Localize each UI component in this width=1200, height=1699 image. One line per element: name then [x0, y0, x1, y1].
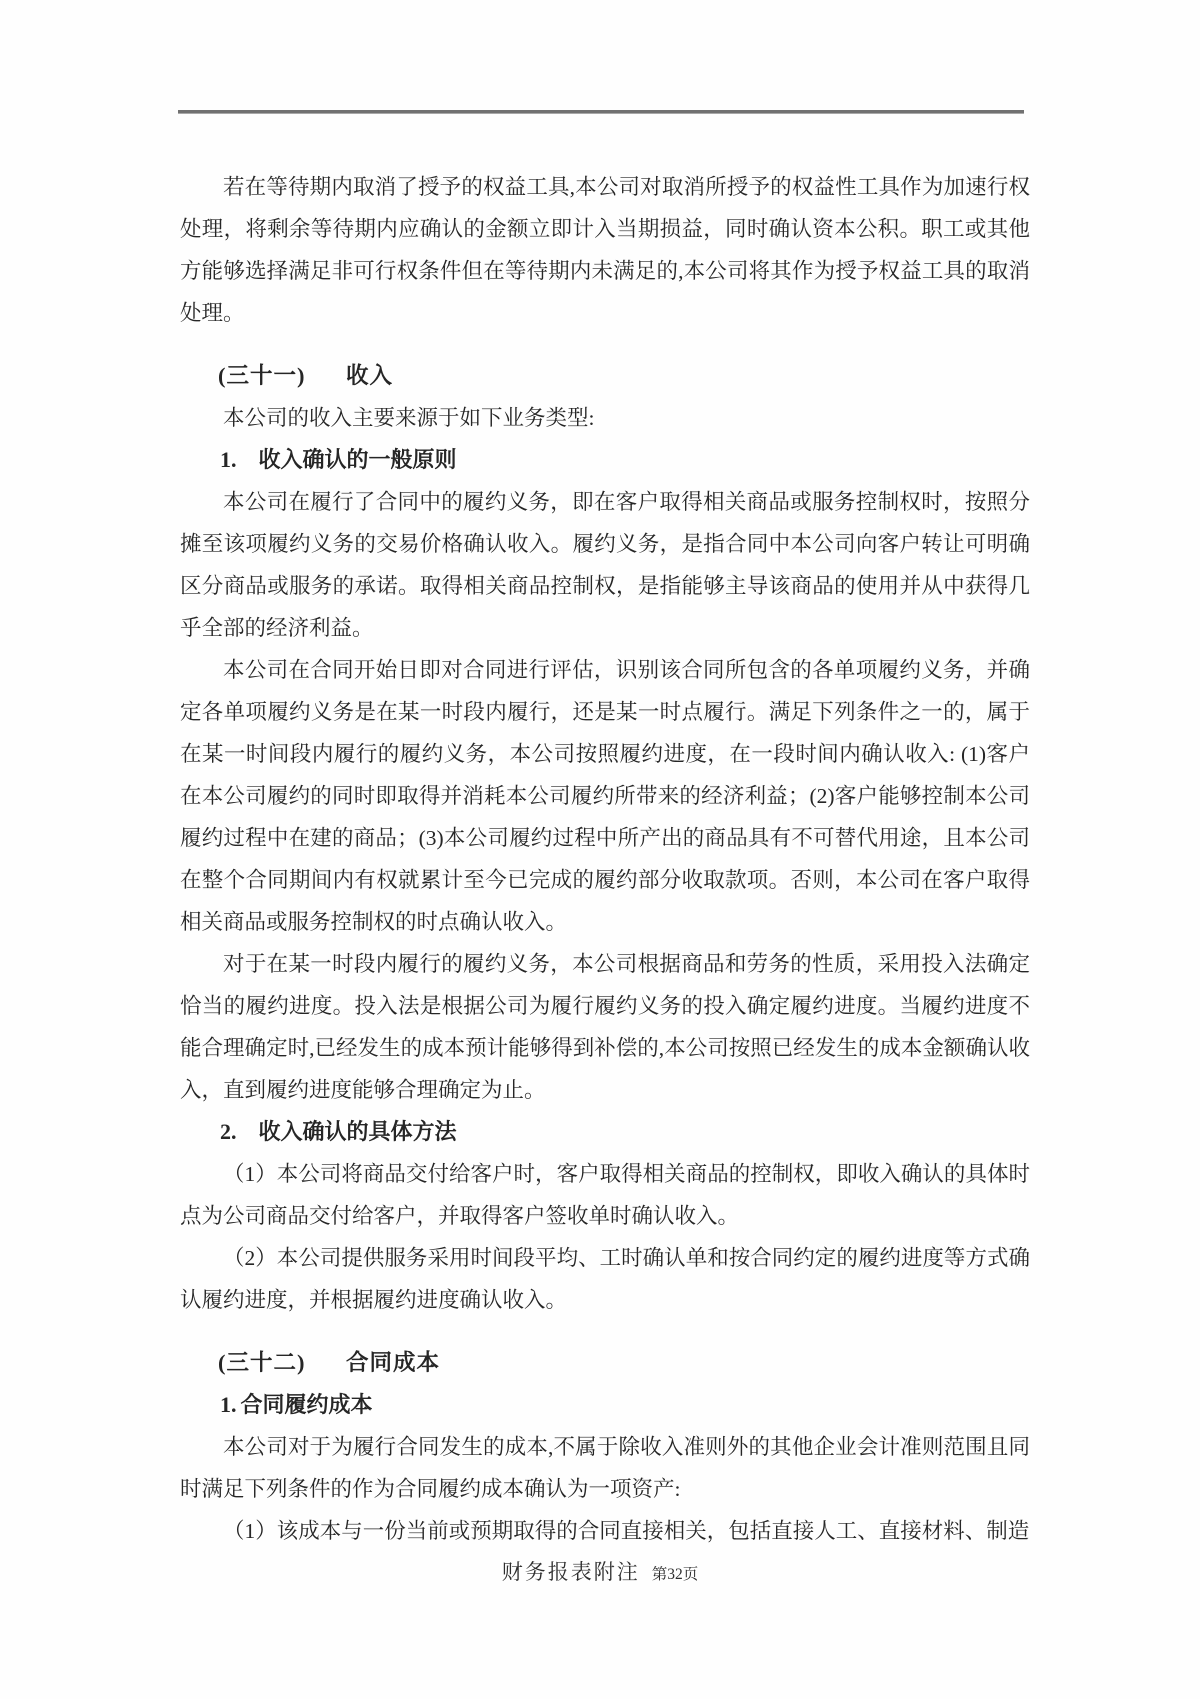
subheading-1-title: 收入确认的一般原则: [259, 447, 457, 472]
subheading-2-number: 2.: [220, 1119, 237, 1144]
section-32-number: (三十二): [218, 1350, 306, 1375]
footer-title: 财务报表附注: [502, 1560, 640, 1584]
subheading-revenue-general-principle: 1.收入确认的一般原则: [180, 439, 1030, 481]
subheading-2-title: 收入确认的具体方法: [259, 1119, 457, 1144]
paragraph-cost-directly-related: （1）该成本与一份当前或预期取得的合同直接相关，包括直接人工、直接材料、制造: [180, 1510, 1030, 1552]
subheading-contract-performance-cost: 1.合同履约成本: [180, 1384, 1030, 1426]
section-heading-32-contract-cost: (三十二)合同成本: [180, 1342, 1030, 1384]
section-31-number: (三十一): [218, 363, 306, 388]
paragraph-goods-delivery-recognition: （1）本公司将商品交付给客户时，客户取得相关商品的控制权，即收入确认的具体时点为…: [180, 1153, 1030, 1237]
paragraph-service-progress-recognition: （2）本公司提供服务采用时间段平均、工时确认单和按合同约定的履约进度等方式确认履…: [180, 1237, 1030, 1321]
section-31-title: 收入: [346, 363, 393, 388]
section-32-title: 合同成本: [346, 1350, 440, 1375]
subheading-cost-title: 合同履约成本: [240, 1392, 372, 1417]
header-rule: [178, 110, 1024, 114]
page-footer: 财务报表附注第32页: [0, 1556, 1200, 1586]
section-heading-31-revenue: (三十一)收入: [180, 355, 1030, 397]
footer-page-number: 第32页: [652, 1566, 699, 1583]
paragraph-performance-obligation: 本公司在履行了合同中的履约义务，即在客户取得相关商品或服务控制权时，按照分摊至该…: [180, 481, 1030, 649]
document-page: 若在等待期内取消了授予的权益工具,本公司对取消所授予的权益性工具作为加速行权处理…: [0, 0, 1200, 1699]
paragraph-equity-instrument-cancellation: 若在等待期内取消了授予的权益工具,本公司对取消所授予的权益性工具作为加速行权处理…: [180, 166, 1030, 334]
paragraph-contract-cost-criteria: 本公司对于为履行合同发生的成本,不属于除收入准则外的其他企业会计准则范围且同时满…: [180, 1426, 1030, 1510]
subheading-1-number: 1.: [220, 447, 237, 472]
document-body: 若在等待期内取消了授予的权益工具,本公司对取消所授予的权益性工具作为加速行权处理…: [180, 166, 1030, 1552]
subheading-cost-number: 1.: [220, 1392, 237, 1417]
paragraph-contract-evaluation: 本公司在合同开始日即对合同进行评估，识别该合同所包含的各单项履约义务，并确定各单…: [180, 649, 1030, 943]
subheading-revenue-specific-method: 2.收入确认的具体方法: [180, 1111, 1030, 1153]
paragraph-revenue-sources: 本公司的收入主要来源于如下业务类型:: [180, 397, 1030, 439]
paragraph-input-method: 对于在某一时段内履行的履约义务，本公司根据商品和劳务的性质，采用投入法确定恰当的…: [180, 943, 1030, 1111]
